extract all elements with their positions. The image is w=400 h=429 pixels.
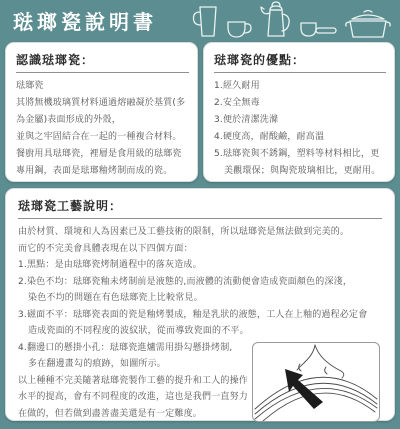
know-card-line: 琺瑯瓷 xyxy=(16,78,189,95)
casserole-icon xyxy=(344,8,392,40)
advantage-item: 5.琺瑯瓷與不銹鋼，塑料等材料相比，更 xyxy=(214,146,386,163)
teapot-icon xyxy=(258,0,294,40)
saucepan-icon xyxy=(299,19,339,40)
page-header: 琺瑯瓷說明書 xyxy=(0,0,400,40)
advantage-item: 3.便於清潔洗滌 xyxy=(214,112,386,129)
craft-intro-line: 而它的不完美會具體表現在以下四個方面： xyxy=(18,241,382,258)
craft-closing-line: 在做的，但若做到盡善盡美還是有一定難度。 xyxy=(18,406,248,423)
craft-point-3: 3.磁面不平：琺瑯瓷表面的瓷是釉烤製成，釉是乳狀的液態，工人在上釉的過程必定會 xyxy=(18,307,382,324)
craft-point-3-continued: 造成瓷面的不同程度的波紋狀，從而導致瓷面的不平。 xyxy=(18,323,382,340)
advantage-item: 2.安全無毒 xyxy=(214,95,386,112)
craft-intro-line: 由於材質、環境和人為因素已及工藝技術的限制，所以琺瑯瓷是無法做到完美的。 xyxy=(18,224,382,241)
craft-closing-line: 水平的提高，會有不同程度的改進，這也是我們一直努力 xyxy=(18,389,248,406)
know-card-line: 餐廚用具琺瑯瓷，裡層是食用級的琺瑯瓷 xyxy=(16,146,189,163)
teacup-icon xyxy=(226,17,253,40)
know-card-line: 其將無機玻璃質材料通過熔融凝於基質(多 xyxy=(16,95,189,112)
mug-icon xyxy=(191,4,221,40)
know-enamel-card: 認識琺瑯瓷： 琺瑯瓷 其將無機玻璃質材料通過熔融凝於基質(多 為金屬)表面形成的… xyxy=(5,42,198,182)
craft-point-2-continued: 染色不均的問題在有色琺瑯瓷上比較常見。 xyxy=(18,290,382,307)
craft-point-4-continued: 多在翻邊畫勾的痕跡，如圖所示。 xyxy=(18,356,248,373)
advantages-card: 琺瑯瓷的優點： 1.經久耐用 2.安全無毒 3.便於清潔洗滌 4.硬度高，耐酸鹼… xyxy=(203,42,395,182)
know-card-heading: 認識琺瑯瓷： xyxy=(16,51,189,73)
know-card-line: 並與之牢固結合在一起的一種複合材料。 xyxy=(16,129,189,146)
kitchenware-icons xyxy=(191,0,392,40)
page-title: 琺瑯瓷說明書 xyxy=(13,6,157,35)
content: 認識琺瑯瓷： 琺瑯瓷 其將無機玻璃質材料通過熔融凝於基質(多 為金屬)表面形成的… xyxy=(0,40,400,421)
craft-description-card: 琺瑯瓷工藝說明： 由於材質、環境和人為因素已及工藝技術的限制，所以琺瑯瓷是無法做… xyxy=(5,188,395,421)
advantage-item: 1.經久耐用 xyxy=(214,78,386,95)
advantage-item: 4.硬度高，耐酸鹼，耐高溫 xyxy=(214,129,386,146)
craft-card-heading: 琺瑯瓷工藝說明： xyxy=(18,197,382,219)
advantages-card-heading: 琺瑯瓷的優點： xyxy=(214,51,386,73)
craft-closing-line: 以上種種不完美隨著琺瑯瓷製作工藝的提升和工人的操作 xyxy=(18,373,248,390)
know-card-line: 為金屬)表面形成的外殼， xyxy=(16,112,189,129)
hook-mark-illustration xyxy=(252,342,380,422)
advantage-item-continued: 美觀環保；與陶瓷玻璃相比，更耐用。 xyxy=(214,163,386,180)
know-card-line: 專用鋼，表面是琺瑯釉烤制而成的瓷。 xyxy=(16,163,189,180)
craft-point-2: 2.染色不均：琺瑯瓷釉未烤制前是液態的,而液體的流動便會造成瓷面顏色的深淺， xyxy=(18,274,382,291)
craft-point-4: 4.翻邊口的懸掛小孔：琺瑯瓷進爐需用掛勾懸掛烤制, xyxy=(18,340,248,357)
craft-point-1: 1.黑點：是由琺瑯瓷烤制過程中的落灰造成。 xyxy=(18,257,382,274)
